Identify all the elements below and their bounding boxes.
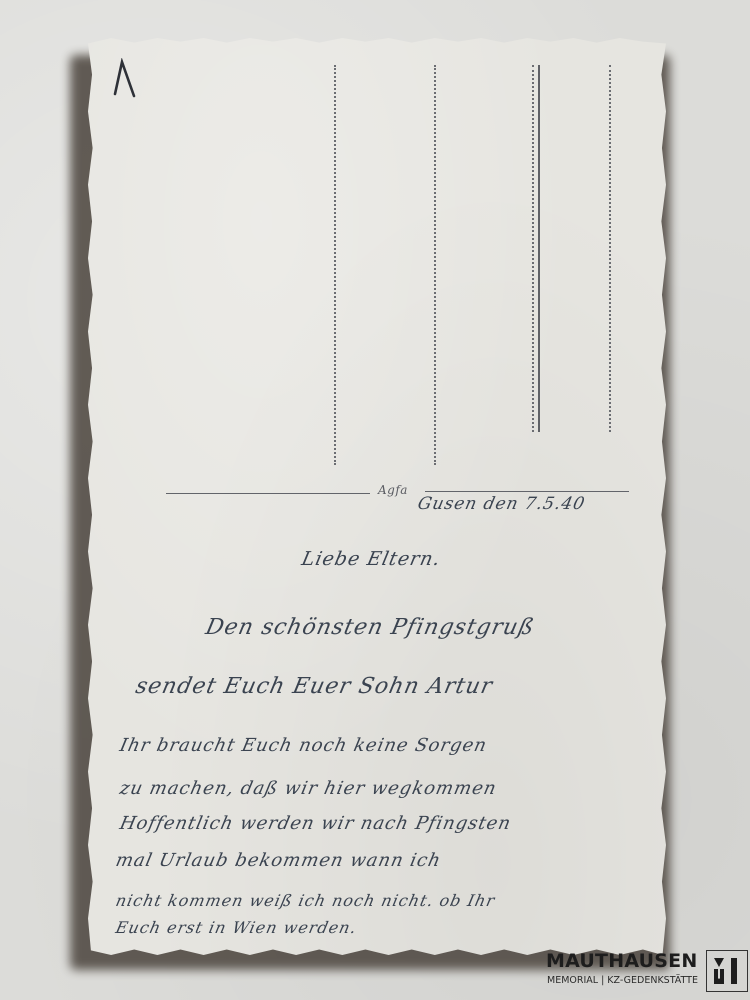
stamp-guide-line-3 [532, 65, 534, 432]
letter-line: zu machen, daß wir hier wegkommen [118, 778, 499, 799]
stamp-guide-line-1 [334, 65, 336, 465]
stamp-guide-line-2 [434, 65, 436, 465]
archive-pencil-mark-icon [110, 58, 140, 102]
letter-line: sendet Euch Euer Sohn Artur [133, 674, 495, 699]
watermark-subtitle: MEMORIAL | KZ-GEDENKSTÄTTE [547, 975, 698, 986]
letter-line: mal Urlaub bekommen wann ich [114, 850, 443, 871]
place-date: Gusen den 7.5.40 [416, 494, 587, 514]
divider-line [538, 65, 540, 432]
letter-line: Hoffentlich werden wir nach Pfingsten [118, 813, 513, 834]
mauthausen-m-logo-icon [706, 950, 748, 992]
stamp-guide-line-4 [609, 65, 611, 432]
postcard: Agfa Gusen den 7.5.40 Liebe Eltern. Den … [88, 38, 666, 955]
letter-line: Den schönsten Pfingstgruß [203, 615, 536, 640]
letter-line: Ihr braucht Euch noch keine Sorgen [118, 735, 489, 756]
letter-line: Euch erst in Wien werden. [114, 918, 359, 937]
printed-brand: Agfa [378, 483, 408, 497]
address-line-right [425, 491, 629, 492]
letter-line: nicht kommen weiß ich noch nicht. ob Ihr [114, 891, 497, 910]
address-line-left [166, 493, 370, 494]
letter-greeting: Liebe Eltern. [300, 548, 443, 570]
watermark-title: MAUTHAUSEN [546, 950, 697, 972]
